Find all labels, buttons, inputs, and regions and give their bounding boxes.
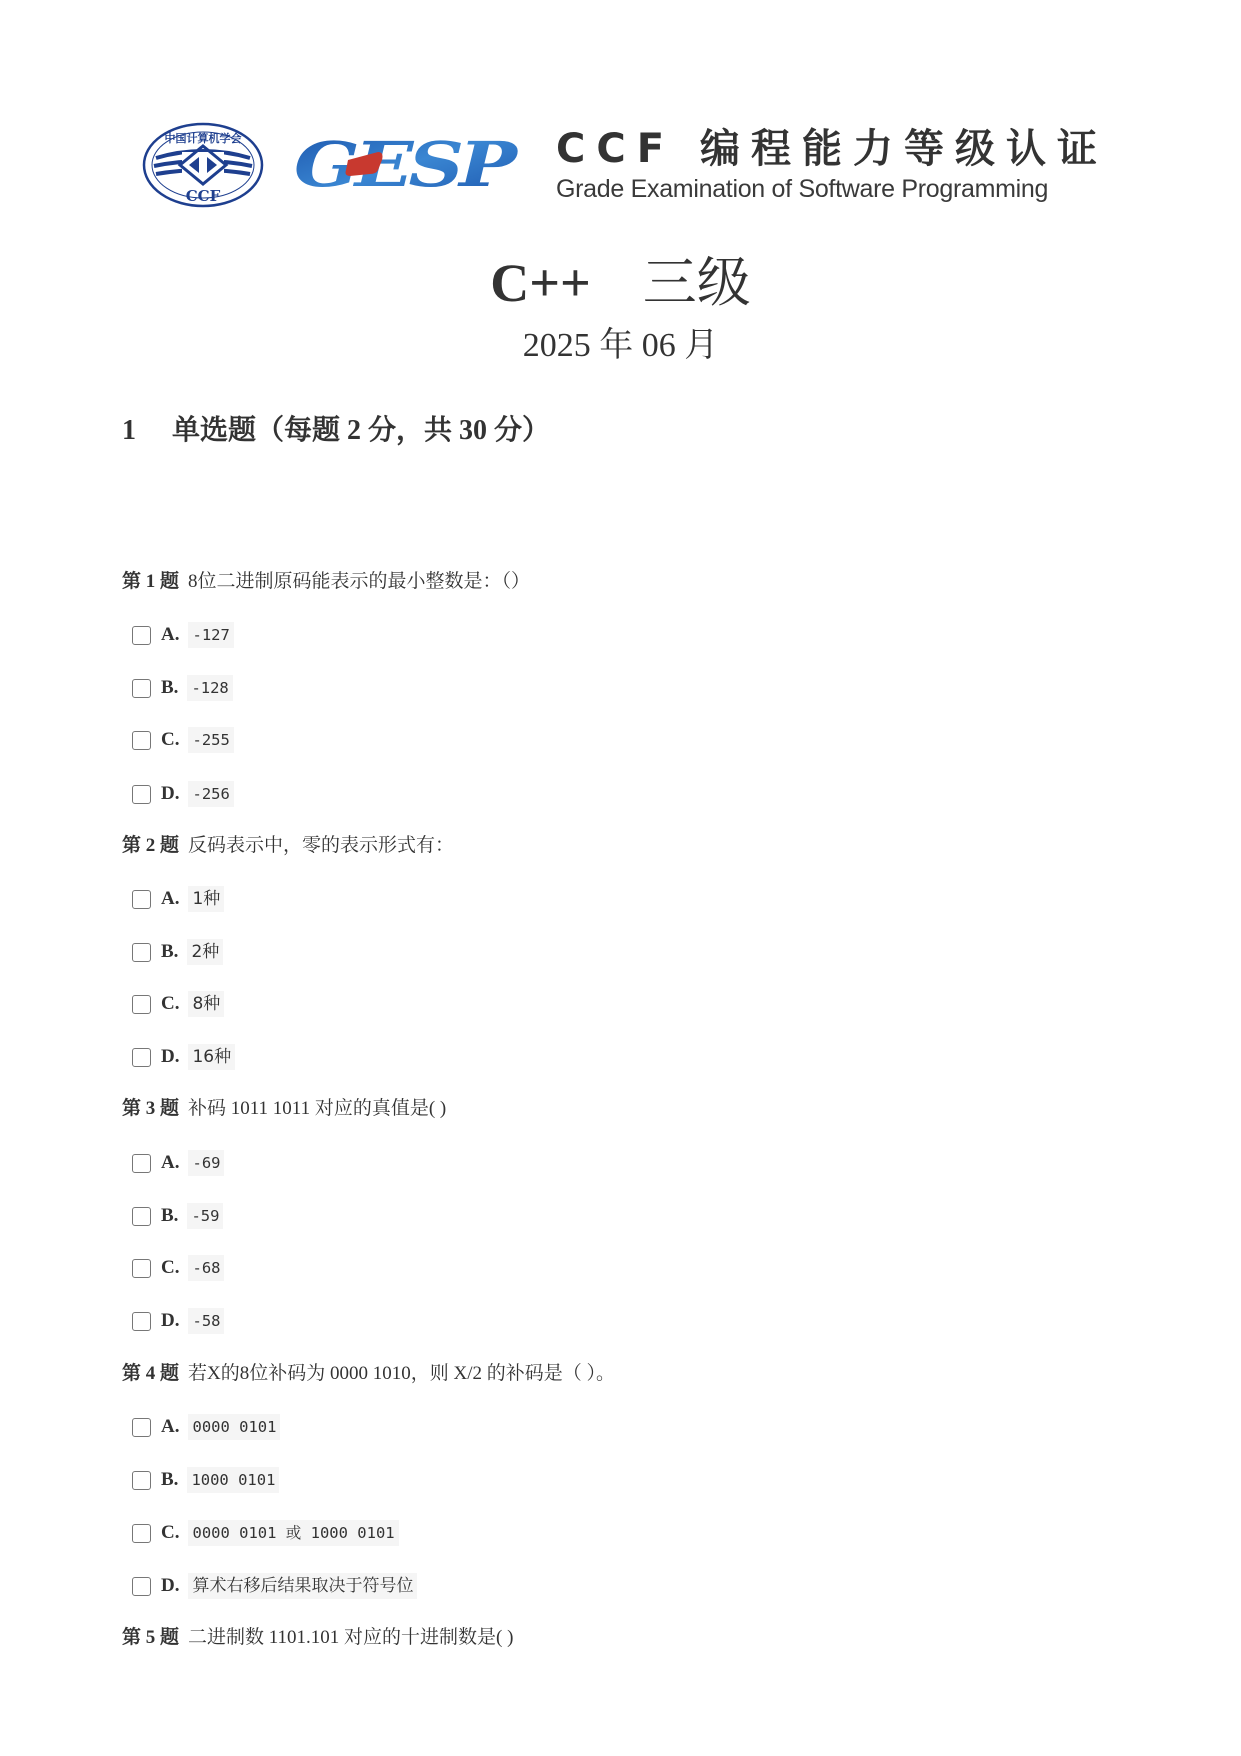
option-text: 1种 — [188, 886, 224, 912]
option-letter: B. — [161, 1469, 178, 1491]
exam-date: 2025 年 06 月 — [0, 326, 1241, 366]
q3-option-d[interactable]: D. -58 — [132, 1307, 224, 1335]
gesp-logo-icon: GESP — [290, 132, 518, 194]
page-title: C++三级 — [0, 252, 1241, 314]
q4-option-c[interactable]: C. 0000 0101 或 1000 0101 — [132, 1519, 399, 1547]
option-letter: C. — [161, 993, 179, 1015]
section-heading: 1单选题（每题 2 分，共 30 分） — [122, 411, 550, 451]
option-text: 算术右移后结果取决于符号位 — [188, 1573, 417, 1599]
checkbox[interactable] — [132, 785, 151, 804]
option-letter: A. — [161, 888, 179, 910]
option-letter: C. — [161, 1257, 179, 1279]
gesp-logo-text: GESP — [294, 132, 518, 194]
ccf-ring-text: 中国计算机学会 — [165, 131, 242, 145]
language-label: C++ — [490, 253, 591, 313]
question-3: 第 3 题补码 1011 1011 对应的真值是( ) — [122, 1095, 446, 1123]
checkbox[interactable] — [132, 995, 151, 1014]
question-label: 第 2 题 — [122, 835, 179, 856]
question-label: 第 1 题 — [122, 571, 179, 592]
q2-option-d[interactable]: D. 16种 — [132, 1043, 235, 1071]
option-text: 0000 0101 — [188, 1414, 280, 1440]
option-letter: D. — [161, 1575, 179, 1597]
checkbox[interactable] — [132, 1154, 151, 1173]
question-5: 第 5 题二进制数 1101.101 对应的十进制数是( ) — [122, 1624, 513, 1652]
option-letter: D. — [161, 1310, 179, 1332]
q2-option-c[interactable]: C. 8种 — [132, 990, 224, 1018]
question-text: 补码 1011 1011 对应的真值是( ) — [188, 1098, 446, 1119]
option-letter: B. — [161, 677, 178, 699]
ccf-logo-icon: 中国计算机学会 CCF — [142, 122, 264, 208]
banner-text: CCF 编程能力等级认证 Grade Examination of Softwa… — [556, 126, 1126, 204]
option-text: -127 — [188, 622, 233, 648]
ccf-acronym: CCF — [186, 187, 221, 205]
q3-option-a[interactable]: A. -69 — [132, 1149, 224, 1177]
option-letter: C. — [161, 1522, 179, 1544]
checkbox[interactable] — [132, 1418, 151, 1437]
option-text: 1000 0101 — [187, 1467, 279, 1493]
banner-title: CCF 编程能力等级认证 — [556, 126, 1126, 172]
option-letter: D. — [161, 1046, 179, 1068]
question-text: 二进制数 1101.101 对应的十进制数是( ) — [188, 1627, 513, 1648]
option-text: -69 — [188, 1150, 224, 1176]
header-banner: 中国计算机学会 CCF GESP CCF 编程能力等级认证 Grade Exam… — [130, 108, 1120, 220]
q4-option-d[interactable]: D. 算术右移后结果取决于符号位 — [132, 1572, 417, 1600]
checkbox[interactable] — [132, 1524, 151, 1543]
q1-option-d[interactable]: D. -256 — [132, 780, 234, 808]
question-4: 第 4 题若X的8位补码为 0000 1010，则 X/2 的补码是（ ）。 — [122, 1360, 615, 1388]
option-letter: B. — [161, 941, 178, 963]
q3-option-b[interactable]: B. -59 — [132, 1202, 223, 1230]
option-text: 2种 — [187, 939, 223, 965]
checkbox[interactable] — [132, 1312, 151, 1331]
q1-option-b[interactable]: B. -128 — [132, 674, 233, 702]
q4-option-a[interactable]: A. 0000 0101 — [132, 1413, 280, 1441]
checkbox[interactable] — [132, 1259, 151, 1278]
option-text: -58 — [188, 1308, 224, 1334]
option-letter: A. — [161, 1416, 179, 1438]
banner-subtitle: Grade Examination of Software Programmin… — [556, 174, 1126, 204]
option-text: -128 — [187, 675, 232, 701]
checkbox[interactable] — [132, 1577, 151, 1596]
checkbox[interactable] — [132, 1471, 151, 1490]
option-text: -255 — [188, 727, 233, 753]
option-text: -59 — [187, 1203, 223, 1229]
option-text: -68 — [188, 1255, 224, 1281]
option-letter: D. — [161, 783, 179, 805]
question-1: 第 1 题8位二进制原码能表示的最小整数是：（） — [122, 568, 530, 596]
option-text: -256 — [188, 781, 233, 807]
option-text: 16种 — [188, 1044, 235, 1070]
option-text: 0000 0101 或 1000 0101 — [188, 1520, 398, 1546]
section-number: 1 — [122, 411, 172, 451]
checkbox[interactable] — [132, 1048, 151, 1067]
checkbox[interactable] — [132, 890, 151, 909]
question-text: 反码表示中，零的表示形式有： — [188, 835, 454, 856]
section-title: 单选题（每题 2 分，共 30 分） — [172, 415, 550, 446]
checkbox[interactable] — [132, 679, 151, 698]
checkbox[interactable] — [132, 731, 151, 750]
option-letter: A. — [161, 624, 179, 646]
checkbox[interactable] — [132, 943, 151, 962]
level-label: 三级 — [643, 253, 751, 313]
checkbox[interactable] — [132, 626, 151, 645]
question-label: 第 3 题 — [122, 1098, 179, 1119]
q4-option-b[interactable]: B. 1000 0101 — [132, 1466, 279, 1494]
question-text: 若X的8位补码为 0000 1010，则 X/2 的补码是（ ）。 — [188, 1363, 615, 1384]
q1-option-c[interactable]: C. -255 — [132, 726, 234, 754]
option-letter: A. — [161, 1152, 179, 1174]
q2-option-a[interactable]: A. 1种 — [132, 885, 224, 913]
checkbox[interactable] — [132, 1207, 151, 1226]
question-label: 第 5 题 — [122, 1627, 179, 1648]
question-2: 第 2 题反码表示中，零的表示形式有： — [122, 832, 454, 860]
q3-option-c[interactable]: C. -68 — [132, 1254, 224, 1282]
option-letter: C. — [161, 729, 179, 751]
question-label: 第 4 题 — [122, 1363, 179, 1384]
q1-option-a[interactable]: A. -127 — [132, 621, 234, 649]
q2-option-b[interactable]: B. 2种 — [132, 938, 223, 966]
option-text: 8种 — [188, 991, 224, 1017]
question-text: 8位二进制原码能表示的最小整数是：（） — [188, 571, 530, 592]
option-letter: B. — [161, 1205, 178, 1227]
